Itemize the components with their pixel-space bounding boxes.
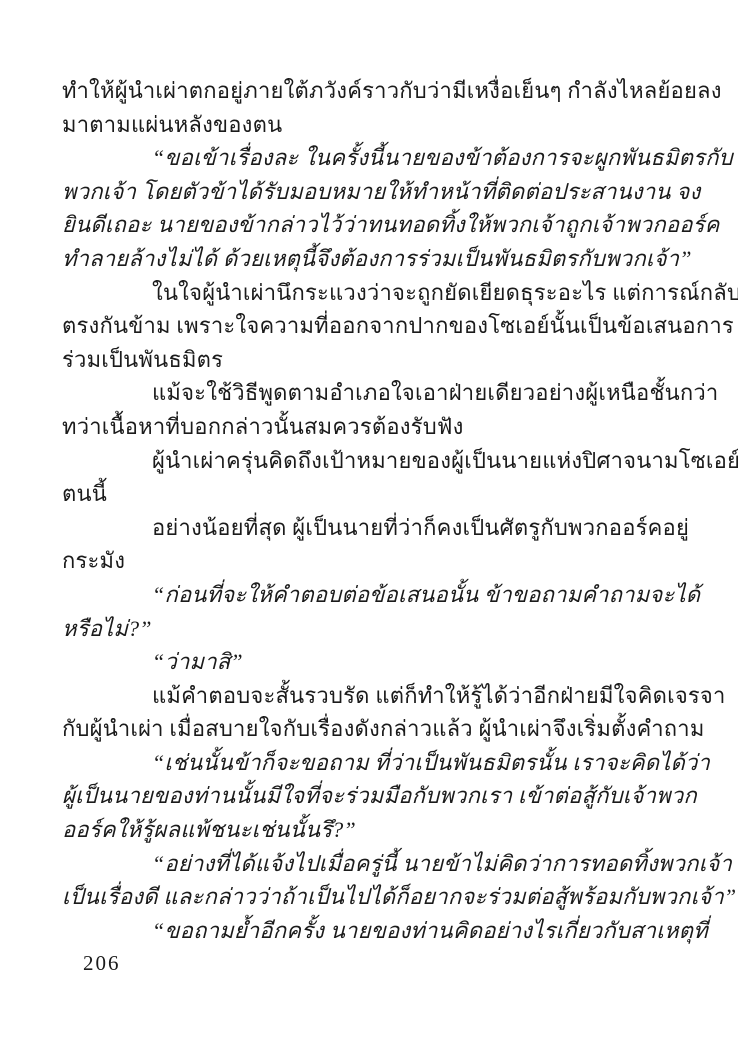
text-line: ทว่าเนื้อหาที่บอกกล่าวนั้นสมควรต้องรับฟั… bbox=[62, 410, 678, 444]
text-line: ตนนี้ bbox=[62, 477, 678, 511]
text-line: “ก่อนที่จะให้คำตอบต่อข้อเสนอนั้น ข้าขอถา… bbox=[62, 578, 678, 612]
text-line: “ขอเข้าเรื่องละ ในครั้งนี้นายของข้าต้องก… bbox=[62, 141, 678, 175]
text-line: “ขอถามย้ำอีกครั้ง นายของท่านคิดอย่างไรเก… bbox=[62, 914, 678, 948]
text-line: ทำลายล้างไม่ได้ ด้วยเหตุนี้จึงต้องการร่ว… bbox=[62, 242, 678, 276]
text-line: พวกเจ้า โดยตัวข้าได้รับมอบหมายให้ทำหน้าท… bbox=[62, 175, 678, 209]
text-line: ผู้นำเผ่าครุ่นคิดถึงเป้าหมายของผู้เป็นนา… bbox=[62, 444, 678, 478]
text-line: กับผู้นำเผ่า เมื่อสบายใจกับเรื่องดังกล่า… bbox=[62, 712, 678, 746]
text-line: “อย่างที่ได้แจ้งไปเมื่อครู่นี้ นายข้าไม่… bbox=[62, 847, 678, 881]
text-line: กระมัง bbox=[62, 544, 678, 578]
text-line: ออร์คให้รู้ผลแพ้ชนะเช่นนั้นรึ?” bbox=[62, 813, 678, 847]
text-line: ยินดีเถอะ นายของข้ากล่าวไว้ว่าทนทอดทิ้งใ… bbox=[62, 208, 678, 242]
text-line: ในใจผู้นำเผ่านึกระแวงว่าจะถูกยัดเยียดธุร… bbox=[62, 276, 678, 310]
text-line: “เช่นนั้นข้าก็จะขอถาม ที่ว่าเป็นพันธมิตร… bbox=[62, 746, 678, 780]
text-line: “ว่ามาสิ” bbox=[62, 645, 678, 679]
body-text: ทำให้ผู้นำเผ่าตกอยู่ภายใต้ภวังค์ราวกับว่… bbox=[62, 74, 678, 947]
text-line: ร่วมเป็นพันธมิตร bbox=[62, 343, 678, 377]
text-line: แม้คำตอบจะสั้นรวบรัด แต่ก็ทำให้รู้ได้ว่า… bbox=[62, 679, 678, 713]
text-line: ผู้เป็นนายของท่านนั้นมีใจที่จะร่วมมือกับ… bbox=[62, 779, 678, 813]
text-line: ตรงกันข้าม เพราะใจความที่ออกจากปากของโซเ… bbox=[62, 309, 678, 343]
page-number: 206 bbox=[83, 951, 121, 976]
text-line: ทำให้ผู้นำเผ่าตกอยู่ภายใต้ภวังค์ราวกับว่… bbox=[62, 74, 678, 108]
text-line: แม้จะใช้วิธีพูดตามอำเภอใจเอาฝ่ายเดียวอย่… bbox=[62, 376, 678, 410]
book-page: ทำให้ผู้นำเผ่าตกอยู่ภายใต้ภวังค์ราวกับว่… bbox=[0, 0, 738, 1051]
text-line: หรือไม่?” bbox=[62, 612, 678, 646]
text-line: อย่างน้อยที่สุด ผู้เป็นนายที่ว่าก็คงเป็น… bbox=[62, 511, 678, 545]
text-line: มาตามแผ่นหลังของตน bbox=[62, 108, 678, 142]
text-line: เป็นเรื่องดี และกล่าวว่าถ้าเป็นไปได้ก็อย… bbox=[62, 880, 678, 914]
